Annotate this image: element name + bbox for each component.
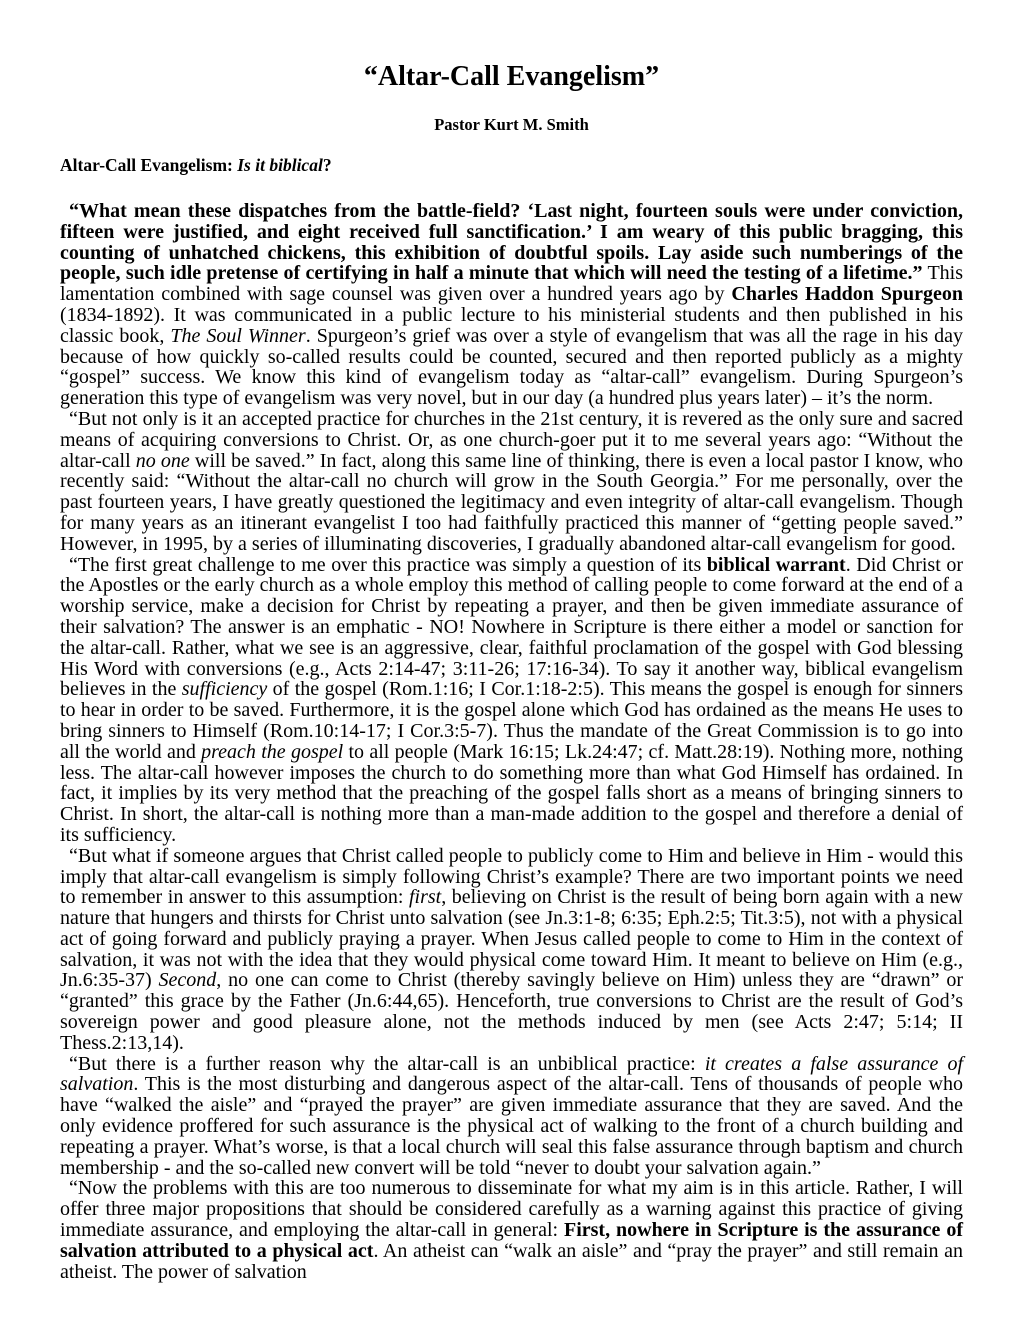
text-run: Second [159, 969, 217, 991]
text-run: sufficiency [182, 678, 268, 700]
section-heading: Altar-Call Evangelism: Is it biblical? [60, 155, 963, 176]
text-run: Is it biblical [237, 155, 323, 175]
text-run: ? [323, 155, 332, 175]
author-byline: Pastor Kurt M. Smith [60, 115, 963, 135]
text-run: Altar-Call Evangelism: [60, 155, 237, 175]
document-title: “Altar-Call Evangelism” [60, 60, 963, 93]
paragraph: “What mean these dispatches from the bat… [60, 201, 963, 409]
paragraph: “Now the problems with this are too nume… [60, 1178, 963, 1282]
text-run: . This is the most disturbing and danger… [60, 1073, 963, 1178]
text-run: first [409, 886, 441, 908]
text-run: no one [136, 450, 190, 472]
text-run: “The first great challenge to me over th… [69, 554, 707, 576]
paragraph: “But there is a further reason why the a… [60, 1054, 963, 1179]
text-run: will be saved.” In fact, along this same… [60, 450, 963, 555]
text-run: “What mean these dispatches from the bat… [60, 200, 963, 284]
text-run: “But there is a further reason why the a… [69, 1053, 705, 1075]
text-run: preach the gospel [201, 741, 343, 763]
document-page: “Altar-Call Evangelism” Pastor Kurt M. S… [0, 0, 1020, 1320]
text-run: biblical warrant [707, 554, 846, 576]
paragraph: “The first great challenge to me over th… [60, 555, 963, 846]
paragraph: “But what if someone argues that Christ … [60, 846, 963, 1054]
document-body: “What mean these dispatches from the bat… [60, 201, 963, 1282]
paragraph: “But not only is it an accepted practice… [60, 409, 963, 555]
text-run: The Soul Winner [170, 325, 305, 347]
text-run: Charles Haddon Spurgeon [731, 283, 963, 305]
